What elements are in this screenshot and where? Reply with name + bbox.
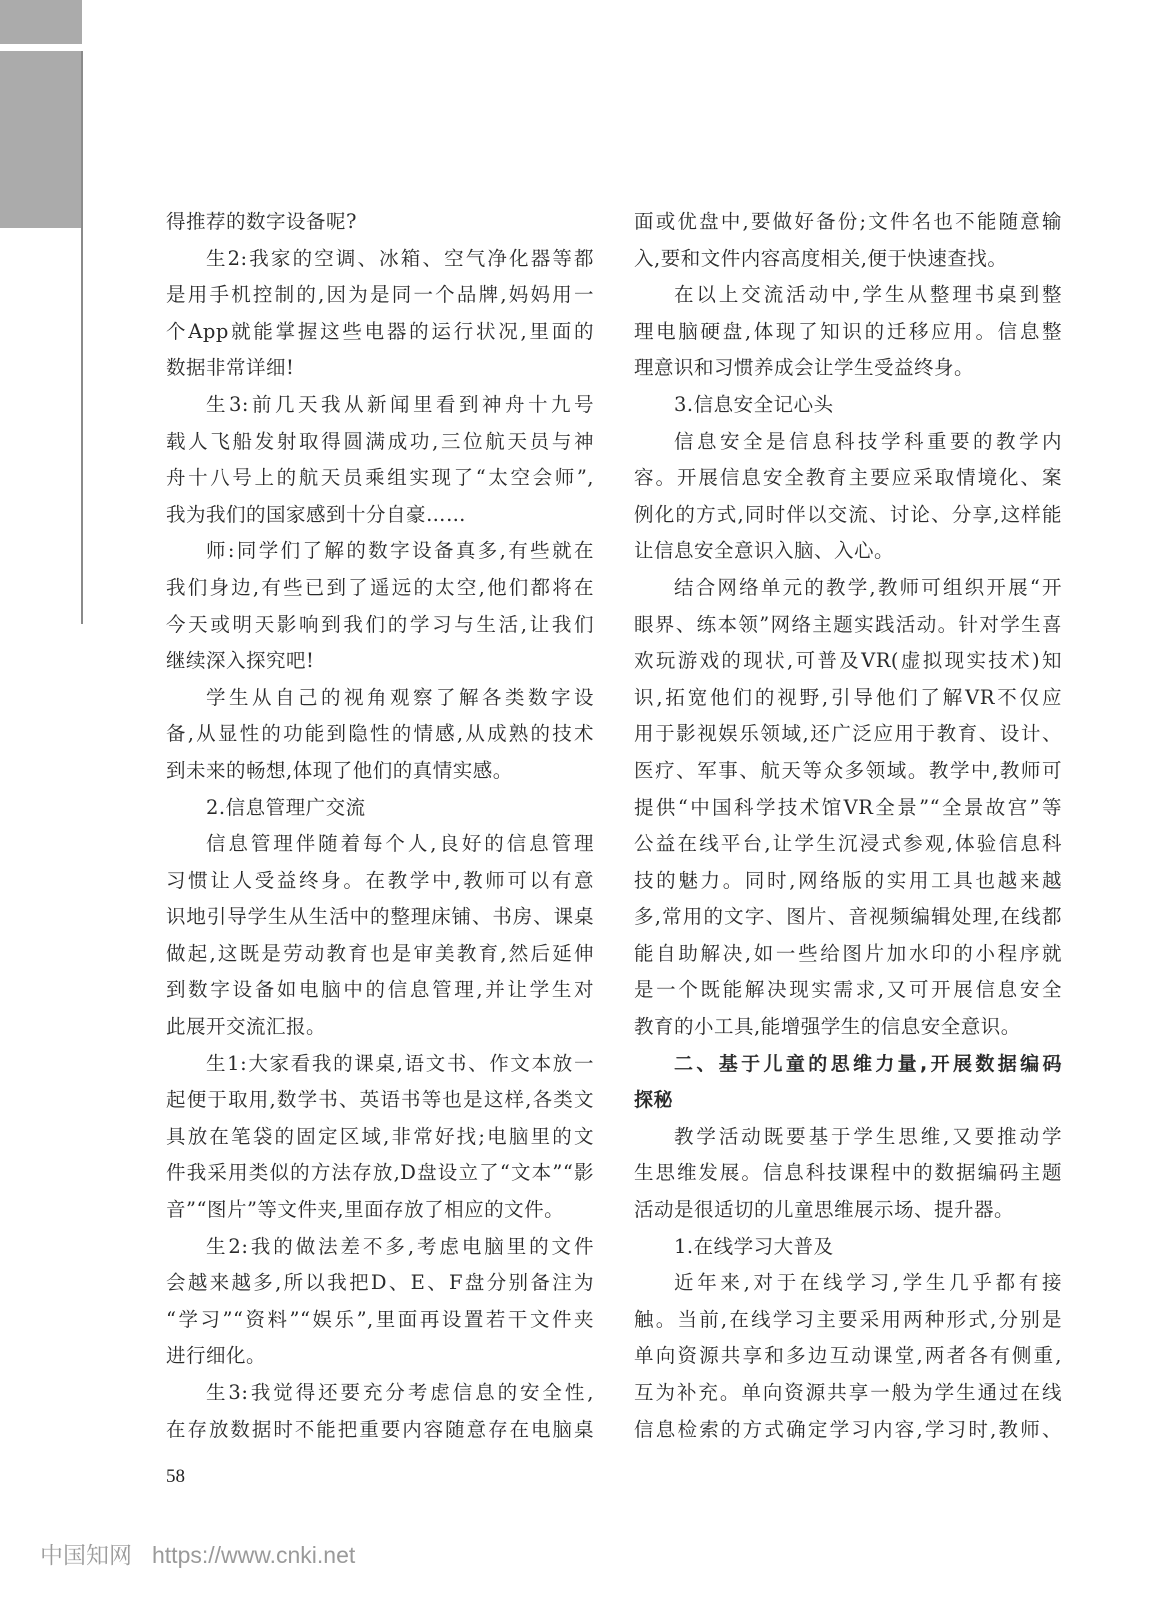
paragraph-line: 起便于取用,数学书、英语书等也是这样,各类文	[166, 1082, 594, 1119]
paragraph-line: 触。当前,在线学习主要采用两种形式,分别是	[634, 1302, 1062, 1339]
paragraph-line: 进行细化。	[166, 1338, 594, 1375]
paragraph-line: 生3:我觉得还要充分考虑信息的安全性,	[166, 1375, 594, 1412]
paragraph-line: 生思维发展。信息科技课程中的数据编码主题	[634, 1155, 1062, 1192]
paragraph-line: 技的魅力。同时,网络版的实用工具也越来越	[634, 863, 1062, 900]
paragraph-line: 容。开展信息安全教育主要应采取情境化、案	[634, 460, 1062, 497]
paragraph-line: 多,常用的文字、图片、音视频编辑处理,在线都	[634, 899, 1062, 936]
paragraph-line: 师:同学们了解的数字设备真多,有些就在	[166, 533, 594, 570]
paragraph-line: 今天或明天影响到我们的学习与生活,让我们	[166, 607, 594, 644]
right-text-column: 面或优盘中,要做好备份;文件名也不能随意输入,要和文件内容高度相关,便于快速查找…	[634, 204, 1062, 1448]
paragraph-line: 信息管理伴随着每个人,良好的信息管理	[166, 826, 594, 863]
paragraph-line: 医疗、军事、航天等众多领域。教学中,教师可	[634, 753, 1062, 790]
paragraph-line: 让信息安全意识入脑、入心。	[634, 533, 1062, 570]
paragraph-line: 在存放数据时不能把重要内容随意存在电脑桌	[166, 1412, 594, 1449]
paragraph-line: 到未来的畅想,体现了他们的真情实感。	[166, 753, 594, 790]
paragraph-line: 信息安全是信息科技学科重要的教学内	[634, 424, 1062, 461]
margin-rule-line	[81, 51, 83, 624]
paragraph-line: 提供“中国科学技术馆VR全景”“全景故宫”等	[634, 790, 1062, 827]
paragraph-line: 做起,这既是劳动教育也是审美教育,然后延伸	[166, 936, 594, 973]
paragraph-line: 生1:大家看我的课桌,语文书、作文本放一	[166, 1046, 594, 1083]
paragraph-line: 到数字设备如电脑中的信息管理,并让学生对	[166, 972, 594, 1009]
paragraph-line: 用于影视娱乐领域,还广泛应用于教育、设计、	[634, 716, 1062, 753]
paragraph-line: 入,要和文件内容高度相关,便于快速查找。	[634, 241, 1062, 278]
watermark-url: https://www.cnki.net	[152, 1542, 355, 1568]
paragraph-line: 习惯让人受益终身。在教学中,教师可以有意	[166, 863, 594, 900]
paragraph-line: 是一个既能解决现实需求,又可开展信息安全	[634, 972, 1062, 1009]
paragraph-line: 活动是很适切的儿童思维展示场、提升器。	[634, 1192, 1062, 1229]
paragraph-line: 个App就能掌握这些电器的运行状况,里面的	[166, 314, 594, 351]
paragraph-line: 数据非常详细!	[166, 350, 594, 387]
paragraph-line: 具放在笔袋的固定区域,非常好找;电脑里的文	[166, 1119, 594, 1156]
paragraph-line: 音”“图片”等文件夹,里面存放了相应的文件。	[166, 1192, 594, 1229]
paragraph-line: 互为补充。单向资源共享一般为学生通过在线	[634, 1375, 1062, 1412]
margin-tab-main	[0, 51, 82, 228]
paragraph-line: 理意识和习惯养成会让学生受益终身。	[634, 350, 1062, 387]
section-heading-line: 探秘	[634, 1082, 1062, 1119]
paragraph-line: 1.在线学习大普及	[634, 1229, 1062, 1266]
paragraph-line: 备,从显性的功能到隐性的情感,从成熟的技术	[166, 716, 594, 753]
paragraph-line: 舟十八号上的航天员乘组实现了“太空会师”,	[166, 460, 594, 497]
page-number: 58	[166, 1466, 185, 1488]
paragraph-line: 信息检索的方式确定学习内容,学习时,教师、	[634, 1412, 1062, 1449]
paragraph-line: 单向资源共享和多边互动课堂,两者各有侧重,	[634, 1338, 1062, 1375]
paragraph-line: 识,拓宽他们的视野,引导他们了解VR不仅应	[634, 680, 1062, 717]
paragraph-line: “学习”“资料”“娱乐”,里面再设置若干文件夹	[166, 1302, 594, 1339]
paragraph-line: 继续深入探究吧!	[166, 643, 594, 680]
cnki-watermark: 中国知网https://www.cnki.net	[40, 1537, 355, 1570]
paragraph-line: 公益在线平台,让学生沉浸式参观,体验信息科	[634, 826, 1062, 863]
margin-tab-top	[0, 0, 82, 44]
watermark-brand: 中国知网	[40, 1542, 132, 1568]
paragraph-line: 我为我们的国家感到十分自豪……	[166, 497, 594, 534]
paragraph-line: 理电脑硬盘,体现了知识的迁移应用。信息整	[634, 314, 1062, 351]
paragraph-line: 面或优盘中,要做好备份;文件名也不能随意输	[634, 204, 1062, 241]
paragraph-line: 能自助解决,如一些给图片加水印的小程序就	[634, 936, 1062, 973]
paragraph-line: 学生从自己的视角观察了解各类数字设	[166, 680, 594, 717]
paragraph-line: 2.信息管理广交流	[166, 790, 594, 827]
paragraph-line: 欢玩游戏的现状,可普及VR(虚拟现实技术)知	[634, 643, 1062, 680]
paragraph-line: 3.信息安全记心头	[634, 387, 1062, 424]
paragraph-line: 例化的方式,同时伴以交流、讨论、分享,这样能	[634, 497, 1062, 534]
paragraph-line: 件我采用类似的方法存放,D盘设立了“文本”“影	[166, 1155, 594, 1192]
paragraph-line: 此展开交流汇报。	[166, 1009, 594, 1046]
paragraph-line: 结合网络单元的教学,教师可组织开展“开	[634, 570, 1062, 607]
paragraph-line: 识地引导学生从生活中的整理床铺、书房、课桌	[166, 899, 594, 936]
paragraph-line: 我们身边,有些已到了遥远的太空,他们都将在	[166, 570, 594, 607]
section-heading-line: 二、基于儿童的思维力量,开展数据编码	[634, 1046, 1062, 1083]
paragraph-line: 教学活动既要基于学生思维,又要推动学	[634, 1119, 1062, 1156]
paragraph-line: 生2:我家的空调、冰箱、空气净化器等都	[166, 241, 594, 278]
paragraph-line: 近年来,对于在线学习,学生几乎都有接	[634, 1265, 1062, 1302]
paragraph-line: 教育的小工具,能增强学生的信息安全意识。	[634, 1009, 1062, 1046]
paragraph-line: 会越来越多,所以我把D、E、F盘分别备注为	[166, 1265, 594, 1302]
paragraph-line: 生2:我的做法差不多,考虑电脑里的文件	[166, 1229, 594, 1266]
paragraph-line: 得推荐的数字设备呢?	[166, 204, 594, 241]
left-text-column: 得推荐的数字设备呢?生2:我家的空调、冰箱、空气净化器等都是用手机控制的,因为是…	[166, 204, 594, 1448]
paragraph-line: 眼界、练本领”网络主题实践活动。针对学生喜	[634, 607, 1062, 644]
paragraph-line: 生3:前几天我从新闻里看到神舟十九号	[166, 387, 594, 424]
paragraph-line: 载人飞船发射取得圆满成功,三位航天员与神	[166, 424, 594, 461]
paragraph-line: 在以上交流活动中,学生从整理书桌到整	[634, 277, 1062, 314]
paragraph-line: 是用手机控制的,因为是同一个品牌,妈妈用一	[166, 277, 594, 314]
